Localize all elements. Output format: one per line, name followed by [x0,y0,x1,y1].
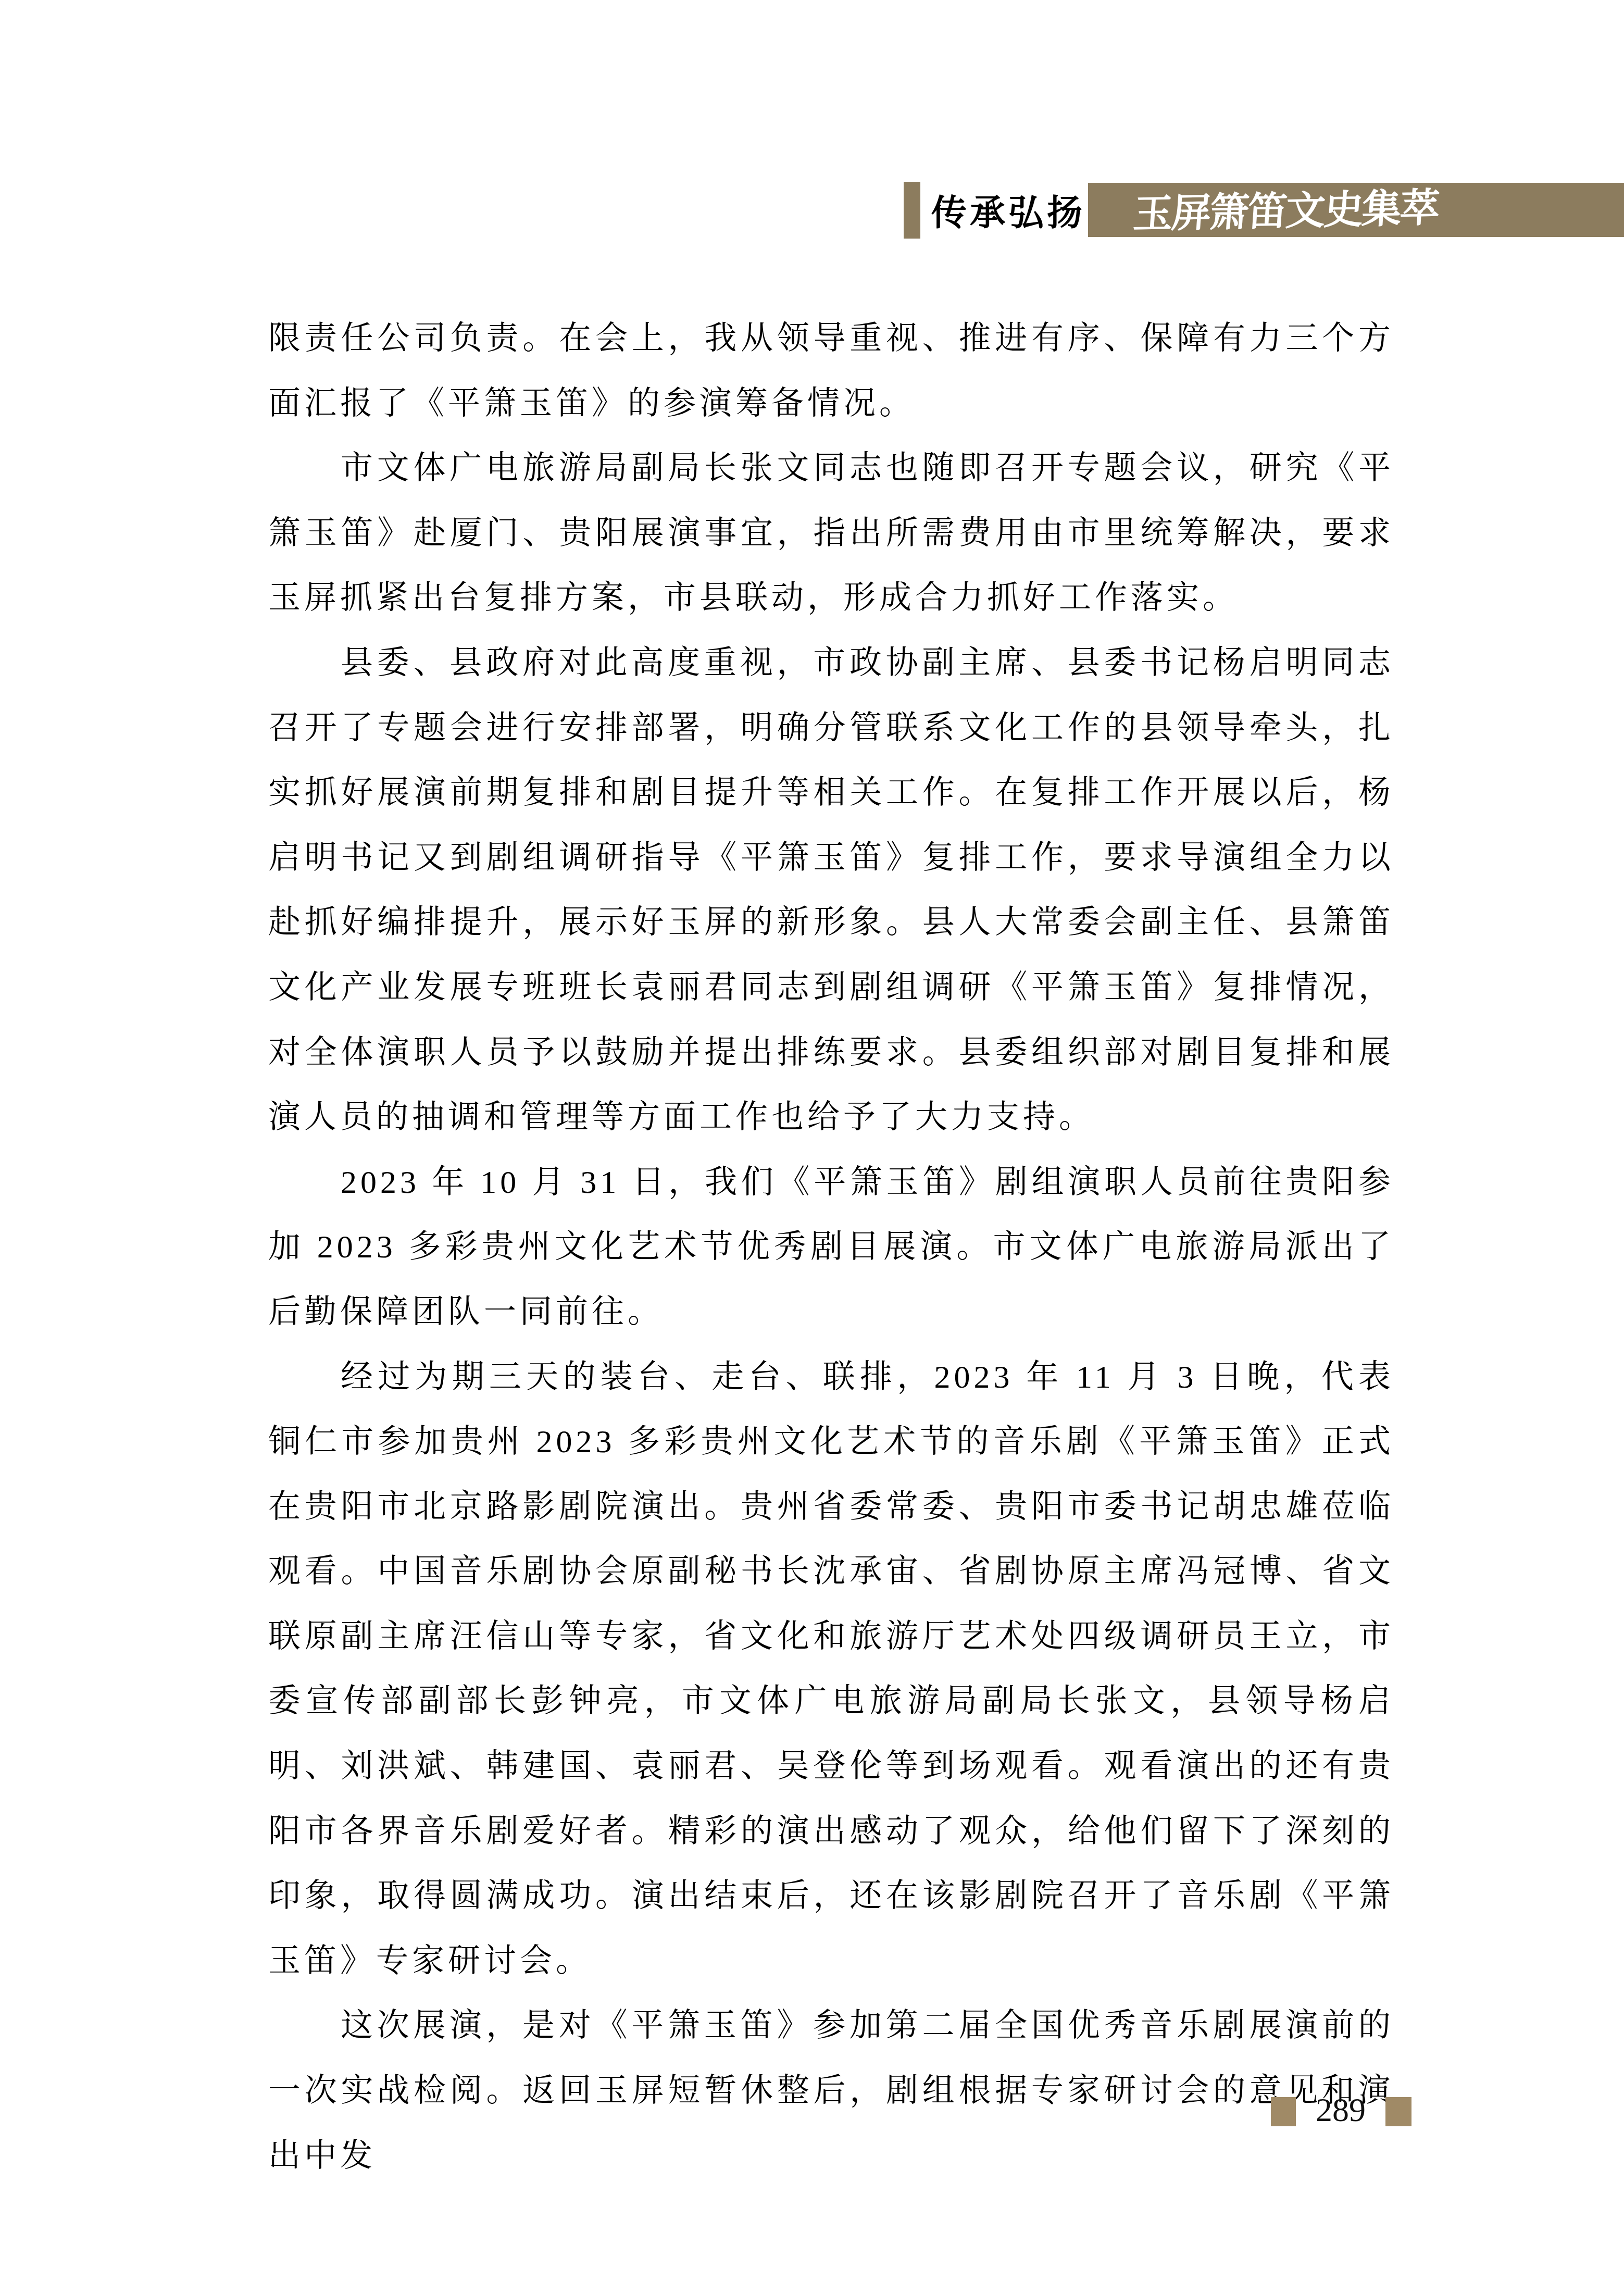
paragraph: 这次展演，是对《平箫玉笛》参加第二届全国优秀音乐剧展演前的一次实战检阅。返回玉屏… [268,1993,1394,2188]
header-title-band: 玉屏箫笛文史集萃 [1088,183,1624,237]
page-number: 289 [1296,2094,1385,2126]
paragraph: 经过为期三天的装台、走台、联排，2023 年 11 月 3 日晚，代表铜仁市参加… [268,1345,1394,1994]
header-section-label: 传承弘扬 [931,182,1085,239]
page-number-left-square [1271,2097,1296,2126]
page-number-right-square [1385,2097,1411,2126]
body-text: 限责任公司负责。在会上，我从领导重视、推进有序、保障有力三个方面汇报了《平箫玉笛… [268,306,1394,2188]
paragraph: 县委、县政府对此高度重视，市政协副主席、县委书记杨启明同志召开了专题会进行安排部… [268,631,1394,1150]
paragraph: 市文体广电旅游局副局长张文同志也随即召开专题会议，研究《平箫玉笛》赴厦门、贵阳展… [268,436,1394,631]
book-title-calligraphy: 玉屏箫笛文史集萃 [1132,176,1440,239]
paragraph: 2023 年 10 月 31 日，我们《平箫玉笛》剧组演职人员前往贵阳参加 20… [268,1150,1394,1345]
header-accent-bar [904,182,920,239]
paragraph: 限责任公司负责。在会上，我从领导重视、推进有序、保障有力三个方面汇报了《平箫玉笛… [268,306,1394,436]
